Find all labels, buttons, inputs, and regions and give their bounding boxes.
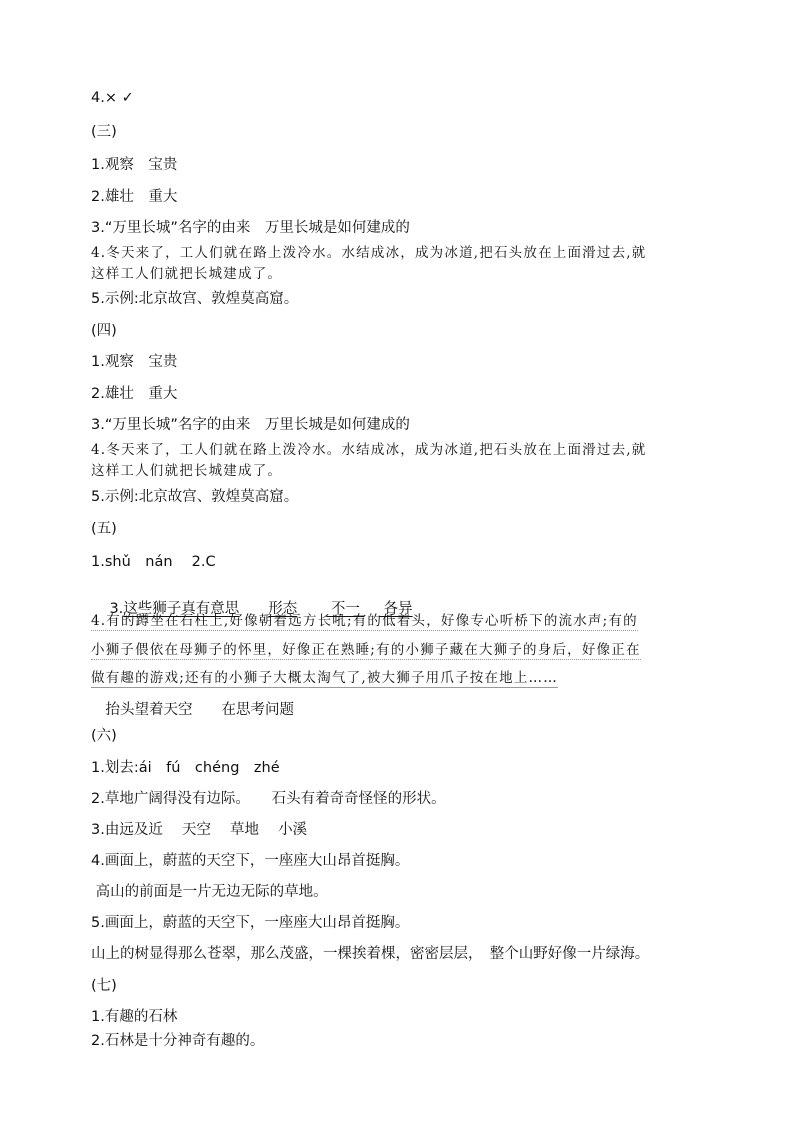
answer-line: 1.有趣的石林 [91,1008,177,1026]
section-heading: (六) [91,727,117,745]
section-heading: (三) [91,123,117,141]
section-heading: (五) [91,520,117,538]
answer-line: 3.由远及近 天空 草地 小溪 [91,821,307,839]
answer-line: 做有趣的游戏;还有的小狮子大概太淘气了,被大狮子用爪子按在地上…… [91,669,558,688]
answer-line: 2.雄壮 重大 [91,385,177,403]
section-heading: (七) [91,977,117,995]
answer-line: 2.石林是十分神奇有趣的。 [91,1032,264,1050]
answer-line: 3.“万里长城”名字的由来 万里长城是如何建成的 [91,416,410,434]
answer-line: 小狮子偎依在母狮子的怀里，好像正在熟睡;有的小狮子藏在大狮子的身后，好像正在 [91,641,641,660]
answer-line: 4.冬天来了，工人们就在路上泼冷水。水结成冰，成为冰道,把石头放在上面滑过去,就 [91,244,646,262]
answer-line: 山上的树显得那么苍翠，那么茂盛，一棵挨着棵，密密层层， 整个山野好像一片绿海。 [91,945,649,963]
answer-line: 5.示例:北京故宫、敦煌莫高窟。 [91,290,298,308]
answer-line: 2.雄壮 重大 [91,188,177,206]
answer-line: 抬头望着天空 在思考问题 [91,701,294,719]
answer-line: 1.观察 宝贵 [91,156,177,174]
answer-line: 1.划去:ái fú chéng zhé [91,759,280,777]
answer-line: 高山的前面是一片无边无际的草地。 [91,883,328,901]
section-heading: (四) [91,322,117,340]
answer-line: 3.“万里长城”名字的由来 万里长城是如何建成的 [91,219,410,237]
answer-line: 1.shǔ nán 2.C [91,553,216,571]
answer-line: 1.观察 宝贵 [91,353,177,371]
answer-line: 这样工人们就把长城建成了。 [91,462,282,480]
answer-line: 5.示例:北京故宫、敦煌莫高窟。 [91,488,298,506]
answer-line: 这样工人们就把长城建成了。 [91,265,282,283]
answer-line: 4.画面上，蔚蓝的天空下，一座座大山昂首挺胸。 [91,852,409,870]
answer-line: 4.冬天来了，工人们就在路上泼冷水。水结成冰，成为冰道,把石头放在上面滑过去,就 [91,441,646,459]
answer-line: 4.× ✓ [91,89,134,107]
answer-line: 5.画面上，蔚蓝的天空下，一座座大山昂首挺胸。 [91,914,409,932]
answer-line: 2.草地广阔得没有边际。 石头有着奇奇怪怪的形状。 [91,790,446,808]
answer-line: 4.有的蹲坐在石柱上,好像朝着远方长吼;有的低着头，好像专心听桥下的流水声;有的 [91,612,638,631]
